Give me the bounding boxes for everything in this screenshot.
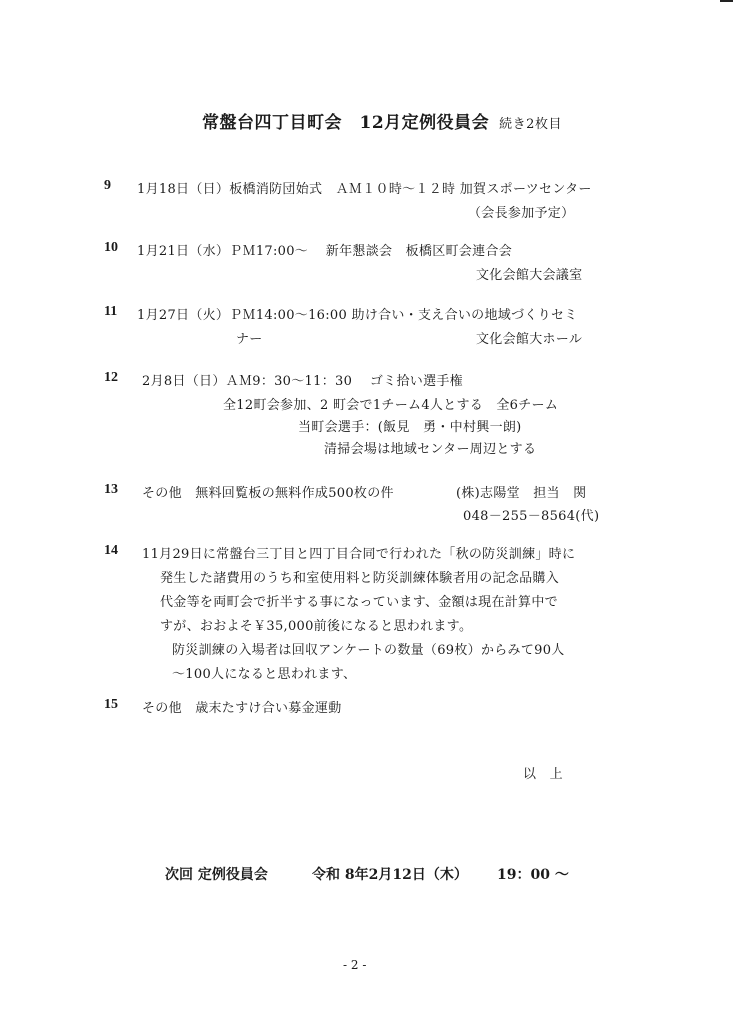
title-subtitle: 続き2枚目 [499,117,562,132]
item-number: 14 [104,543,118,559]
item-line: 全12町会参加、2 町会で1チーム4人とする 全6チーム [223,394,558,413]
next-meeting-date: 令和 8年2月12日（木） [312,864,468,884]
item-line: （会長参加予定） [468,202,574,221]
item-number: 9 [104,178,111,194]
title-text: 常盤台四丁目町会 12月定例役員会 [202,113,489,133]
item-line: 1月18日（日）板橋消防団始式 ＡＭ１０時～１２時 加賀スポーツセンター [137,178,592,197]
item-line: その他 無料回覧板の無料作成500枚の件 [142,482,394,501]
next-meeting-label: 次回 定例役員会 [165,864,268,884]
item-line: 048－255－8564(代) [463,505,599,524]
item-line: 清掃会場は地域センター周辺とする [324,438,536,457]
item-line: 防災訓練の入場者は回収アンケートの数量（69枚）からみて90人 [172,639,565,658]
item-number: 13 [104,482,118,498]
item-line: 代金等を両町会で折半する事になっています、金額は現在計算中で [160,591,558,610]
item-line: 1月27日（火）ＰＭ14:00～16:00 助け合い・支え合いの地域づくりセミ [137,304,578,323]
closing-mark: 以 上 [523,763,563,782]
scan-corner-mark [720,0,733,2]
item-line: 文化会館大ホール [476,328,582,347]
item-line: その他 歳末たすけ合い募金運動 [142,697,342,716]
item-line: 発生した諸費用のうち和室使用料と防災訓練体験者用の記念品購入 [160,567,559,586]
page-number: - 2 - [343,958,366,972]
item-line: ナー [236,328,263,347]
item-line: ～100人になると思われます、 [172,663,356,682]
item-line: 2月8日（日）ＡＭ9：30～11：30 ゴミ拾い選手権 [142,370,463,389]
item-line: 当町会選手：(飯見 勇・中村興一朗) [298,416,522,435]
document-title: 常盤台四丁目町会 12月定例役員会続き2枚目 [202,108,562,133]
item-line: (株)志陽堂 担当 関 [456,482,586,501]
item-line: 11月29日に常盤台三丁目と四丁目合同で行われた「秋の防災訓練」時に [142,543,575,562]
item-number: 10 [104,240,118,256]
next-meeting-time: 19：00 ～ [497,864,569,884]
item-number: 15 [104,697,118,713]
item-number: 12 [104,370,118,386]
item-line: すが、おおよそ￥35,000前後になると思われます。 [160,615,472,634]
item-line: 文化会館大会議室 [476,264,582,283]
item-number: 11 [104,304,117,320]
item-line: 1月21日（水）ＰＭ17:00～ 新年懇談会 板橋区町会連合会 [137,240,512,259]
